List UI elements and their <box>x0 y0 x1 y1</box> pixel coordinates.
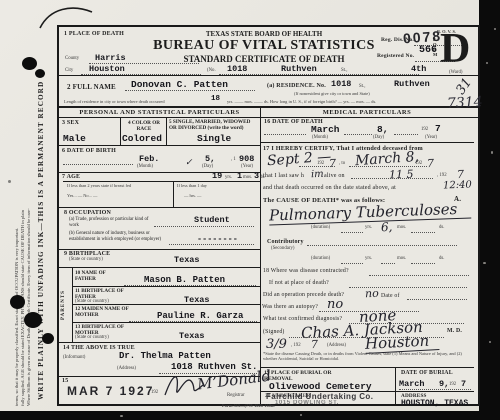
father-name-label: 10 NAME OF FATHER <box>75 270 121 282</box>
personal-section-title: PERSONAL AND STATISTICAL PARTICULARS <box>59 109 260 116</box>
checkmark: ✓ <box>185 158 193 168</box>
sign-year-preprint: , 192 <box>291 343 301 348</box>
age-yrs-caption: yrs. <box>225 175 232 180</box>
sign-address-label: (Address) <box>327 343 346 348</box>
ink-blob <box>22 57 37 70</box>
mother-birthplace-caption: (State or country) <box>75 335 109 340</box>
duration2-ds-caption: ds. <box>439 256 444 261</box>
margin-note-line3: terms, so that it may be properly classi… <box>14 228 19 406</box>
last-saw-date-value: 11 5 <box>389 168 414 182</box>
signed-label: (Signed) <box>263 329 285 335</box>
birthplace-value: Texas <box>174 255 200 265</box>
registrar-label: Registrar <box>227 393 245 398</box>
dob-label: 6 DATE OF BIRTH <box>62 148 116 154</box>
length-residence-years: 18 <box>211 95 220 103</box>
dod-month-value: March <box>311 124 340 135</box>
secondary-caption: (Secondary) <box>271 246 294 251</box>
test-question: What test confirmed diagnosis? <box>263 316 342 322</box>
dob-day-value: 5, <box>205 154 215 164</box>
duration2-yrs-caption: yrs. <box>365 256 372 261</box>
occupation-a-value: Student <box>194 215 230 225</box>
dod-month-caption: (Month) <box>312 135 328 140</box>
bureau-title: BUREAU OF VITAL STATISTICS <box>134 38 394 54</box>
attended-from-year-value: 7 <box>329 157 336 170</box>
duration-label: (duration) <box>311 225 330 230</box>
duration-months-value: 6, <box>381 220 393 234</box>
dod-day-value: 8, <box>377 124 388 135</box>
ink-blob <box>42 333 54 344</box>
board-title: TEXAS STATE BOARD OF HEALTH <box>149 30 379 38</box>
color-race-value: Colored <box>122 133 162 144</box>
not-at-place-question: If not at place of death? <box>269 280 329 286</box>
marital-label: 5 SINGLE, MARRIED, WIDOWED OR DIVORCED (… <box>169 119 259 131</box>
cause-footnote: *State the disease Causing Death, or in … <box>263 351 471 361</box>
attended-to-year-value: 7 <box>427 157 434 170</box>
date-of-label: Date of <box>381 293 400 299</box>
dob-year-caption: (Year) <box>241 164 253 169</box>
residence-label: (a) RESIDENCE. No. <box>267 83 326 89</box>
duration-mos-caption: mos. <box>397 225 406 230</box>
duration2-mos-caption: mos. <box>397 256 406 261</box>
birthplace-caption: (State or country) <box>69 257 103 262</box>
medical-section-title: MEDICAL PARTICULARS <box>260 109 474 116</box>
to-label: , to <box>339 161 345 166</box>
burial-year-preprint: 192 <box>449 382 456 387</box>
duration-ds-caption: ds. <box>439 225 444 230</box>
place-of-death-label: 1 PLACE OF DEATH <box>64 31 124 37</box>
age-breastfed-note: If less than 2 years state if breast fed <box>67 183 131 188</box>
where-contracted-question: 18 Where was disease contracted? <box>263 268 349 274</box>
city-label: City <box>65 68 73 73</box>
residence-no-value: 1018 <box>331 79 351 89</box>
ink-blob <box>35 69 45 78</box>
sex-value: Male <box>63 133 86 144</box>
age-hrs: — hrs. — <box>184 193 201 198</box>
last-saw-label: that I last saw h <box>263 173 304 179</box>
residence-st-label: St., <box>359 84 365 89</box>
dod-year-caption: (Year) <box>425 135 437 140</box>
form-word-vertical: F O R M <box>433 37 437 57</box>
length-residence-tail: yrs. —— mos. —— ds. How long in U. S., i… <box>227 99 376 104</box>
mother-name-label: 12 MAIDEN NAME OF MOTHER <box>75 306 131 318</box>
dod-year-preprint: 192 <box>421 127 428 132</box>
margin-note-line1: Where Stillborn is given as cause of Dea… <box>26 208 31 406</box>
ink-blob <box>24 312 42 328</box>
dob-year-value: 908 <box>239 154 254 164</box>
burial-date-label: DATE OF BURIAL <box>401 370 453 376</box>
alive-on-label: alive on <box>324 173 345 179</box>
file-number-handwritten: 7314 <box>447 94 483 112</box>
county-label: County <box>65 56 79 61</box>
color-race-label: 4 COLOR OR RACE <box>123 120 165 132</box>
operation-answer: no <box>365 287 379 300</box>
age-months-value: 1 <box>237 171 242 181</box>
form-letter-d: D <box>440 29 470 69</box>
house-no-label: (No. <box>207 68 216 73</box>
dob-day-caption: (Day) <box>202 164 213 169</box>
marital-value: Single <box>197 133 231 144</box>
death-occurred-label: and that death occurred on the date stat… <box>263 185 396 191</box>
autopsy-question: Was there an autopsy? <box>262 304 318 310</box>
contributory-label: Contributory <box>267 239 304 245</box>
undertaker-stamp-address: 1015 DOWLING ST. <box>275 400 339 406</box>
undertaker-address-value: HOUSTON, TEXAS <box>401 399 468 408</box>
ink-blob <box>10 295 25 309</box>
occupation-label: 8 OCCUPATION <box>64 210 111 216</box>
duration2-label: (duration) <box>311 256 330 261</box>
registered-no-label: Registered No. <box>377 53 414 59</box>
residence-street-value: Ruthven <box>394 79 430 89</box>
full-name-label: 2 FULL NAME <box>67 83 116 91</box>
dob-month-value: Feb. <box>139 154 159 164</box>
last-saw-year-preprint: , 192 <box>437 173 447 178</box>
age-yes-no: Yes... — No... — <box>67 193 97 198</box>
dob-month-caption: (Month) <box>137 164 153 169</box>
ward-value: 4th <box>411 64 426 74</box>
scanned-death-certificate: WRITE PLAINLY WITH UNFADING INK—THIS IS … <box>0 0 500 420</box>
informant-address-caption: (Address) <box>117 366 136 371</box>
dod-day-caption: (Day) <box>373 135 384 140</box>
length-residence-label: Length of residence in city or town wher… <box>64 99 165 104</box>
informant-value: Dr. Thelma Patten <box>119 351 211 361</box>
margin-warning-text: WRITE PLAINLY WITH UNFADING INK—THIS IS … <box>37 81 45 400</box>
dod-year-value: 7 <box>435 123 441 134</box>
age-years-value: 19 <box>212 171 222 181</box>
sex-label: 3 SEX <box>62 120 79 126</box>
death-time-value: 12:40 <box>443 180 472 192</box>
age-label: 7 AGE <box>62 174 80 180</box>
duration-yrs-caption: yrs. <box>365 225 372 230</box>
occupation-a-label: (a) Trade, profession or particular kind… <box>69 217 154 229</box>
occupation-b-label: (b) General nature of industry, business… <box>69 231 164 243</box>
last-saw-hand-insert: im <box>311 169 324 180</box>
sign-date-value: 3/9 <box>266 337 287 352</box>
parents-vertical-label: PARENTS <box>61 290 66 320</box>
scan-edge-bottom <box>0 411 500 420</box>
md-label: M. D. <box>447 328 462 334</box>
age-days-value: 3 <box>254 171 259 181</box>
dob-year-prefix: , 1 <box>231 157 236 162</box>
mother-birthplace-value: Texas <box>179 331 205 341</box>
nonresident-note: (If nonresident give city or town and St… <box>294 91 370 96</box>
informant-caption: (Informant) <box>63 355 85 360</box>
age-mos-caption: mos. <box>243 175 252 180</box>
certificate-form: 1 PLACE OF DEATH TEXAS STATE BOARD OF HE… <box>57 25 480 406</box>
age-lessday-note: If less than 1 day <box>177 183 207 188</box>
filed-year-preprint: 192 <box>151 390 158 395</box>
form-number-footer: Form 515—(778-1026-160m <box>222 403 275 408</box>
filed-date-stamp: MAR 7 1927 <box>67 384 154 398</box>
scan-edge-right <box>479 0 500 420</box>
sign-year-value: 7 <box>311 338 318 351</box>
